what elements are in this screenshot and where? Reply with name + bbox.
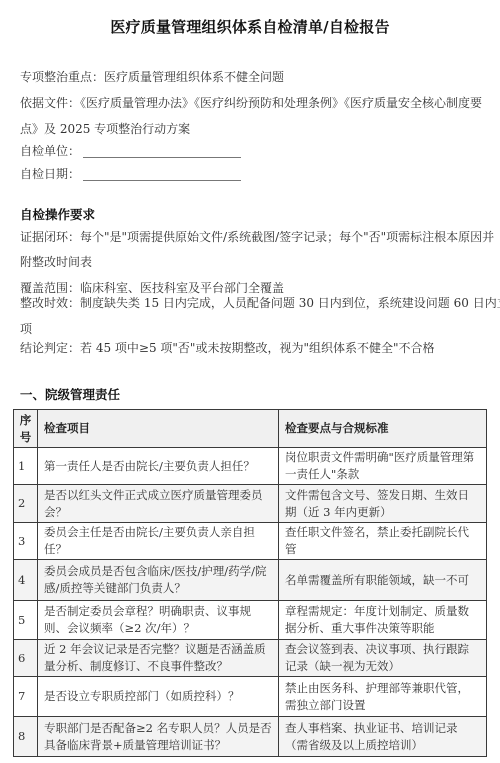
row-standard: 章程需规定：年度计划制定、质量数据分析、重大事件决策等职能 [279,601,487,640]
document-title: 医疗质量管理组织体系自检清单/自检报告 [0,16,500,37]
focus-value: 医疗质量管理组织体系不健全问题 [104,70,284,84]
row-standard: 查人事档案、执业证书、培训记录（需省级及以上质控培训） [279,717,487,757]
row-item: 专职部门是否配备≥2 名专职人员？人员是否具备临床背景+质量管理培训证书？ [38,717,279,757]
basis-line-1: 依据文件：《医疗质量管理办法》《医疗纠纷预防和处理条例》《医疗质量安全核心制度要 [20,96,482,110]
table-row: 6 近 2 年会议记录是否完整？议题是否涵盖质量分析、制度修订、不良事件整改？ … [14,640,487,677]
table-header-row: 序 号 检查项目 检查要点与合规标准 [14,410,487,448]
row-standard: 查任职文件签名，禁止委托副院长代管 [279,523,487,560]
date-line: 自检日期： [20,167,241,181]
row-seq: 5 [14,601,38,640]
table-row: 8 专职部门是否配备≥2 名专职人员？人员是否具备临床背景+质量管理培训证书？ … [14,717,487,757]
header-seq: 序 号 [14,410,38,448]
row-seq: 1 [14,448,38,485]
header-standard: 检查要点与合规标准 [279,410,487,448]
checklist-table: 序 号 检查项目 检查要点与合规标准 1 第一责任人是否由院长/主要负责人担任？… [13,409,487,757]
row-standard: 岗位职责文件需明确"医疗质量管理第一责任人"条款 [279,448,487,485]
unit-field[interactable] [83,146,241,158]
row-standard: 查会议签到表、决议事项、执行跟踪记录（缺一视为无效） [279,640,487,677]
row-item: 第一责任人是否由院长/主要负责人担任？ [38,448,279,485]
table-row: 3 委员会主任是否由院长/主要负责人亲自担任？ 查任职文件签名，禁止委托副院长代… [14,523,487,560]
row-item: 委员会成员是否包含临床/医技/护理/药学/院感/质控等关键部门负责人？ [38,560,279,601]
table-row: 4 委员会成员是否包含临床/医技/护理/药学/院感/质控等关键部门负责人？ 名单… [14,560,487,601]
row-standard: 名单需覆盖所有职能领域，缺一不可 [279,560,487,601]
date-field[interactable] [83,169,241,181]
row-seq: 4 [14,560,38,601]
row-item: 委员会主任是否由院长/主要负责人亲自担任？ [38,523,279,560]
focus-line: 专项整治重点：医疗质量管理组织体系不健全问题 [20,70,284,84]
evidence-line-1: 证据闭环：每个"是"项需提供原始文件/系统截图/签字记录；每个"否"项需标注根本… [20,230,494,244]
row-item: 是否设立专职质控部门（如质控科）？ [38,677,279,717]
basis-value: 《医疗质量管理办法》《医疗纠纷预防和处理条例》《医疗质量安全核心制度要 [80,96,482,110]
timeliness-line-2: 项 [20,322,32,336]
table-row: 7 是否设立专职质控部门（如质控科）？ 禁止由医务科、护理部等兼职代管，需独立部… [14,677,487,717]
table-row: 5 是否制定委员会章程？明确职责、议事规则、会议频率（≥2 次/年）？ 章程需规… [14,601,487,640]
basis-label: 依据文件： [20,96,80,110]
row-seq: 6 [14,640,38,677]
row-seq: 2 [14,485,38,523]
date-label: 自检日期： [20,167,80,181]
unit-line: 自检单位： [20,144,241,158]
table-row: 1 第一责任人是否由院长/主要负责人担任？ 岗位职责文件需明确"医疗质量管理第一… [14,448,487,485]
unit-label: 自检单位： [20,144,80,158]
table-row: 2 是否以红头文件正式成立医疗质量管理委员会？ 文件需包含文号、签发日期、生效日… [14,485,487,523]
row-standard: 文件需包含文号、签发日期、生效日期（近 3 年内更新） [279,485,487,523]
row-seq: 3 [14,523,38,560]
section1-heading: 一、院级管理责任 [20,385,120,403]
row-standard: 禁止由医务科、护理部等兼职代管，需独立部门设置 [279,677,487,717]
coverage-line: 覆盖范围：临床科室、医技科室及平台部门全覆盖 [20,281,284,295]
header-item: 检查项目 [38,410,279,448]
basis-line-2: 点》及 2025 专项整治行动方案 [20,122,190,136]
focus-label: 专项整治重点： [20,70,104,84]
row-seq: 7 [14,677,38,717]
timeliness-line-1: 整改时效：制度缺失类 15 日内完成，人员配备问题 30 日内到位，系统建设问题… [20,296,500,310]
row-item: 是否以红头文件正式成立医疗质量管理委员会？ [38,485,279,523]
conclusion-line: 结论判定：若 45 项中≥5 项"否"或未按期整改，视为"组织体系不健全"不合格 [20,341,434,355]
evidence-line-2: 附整改时间表 [20,255,92,269]
requirements-heading: 自检操作要求 [20,205,95,223]
row-item: 近 2 年会议记录是否完整？议题是否涵盖质量分析、制度修订、不良事件整改？ [38,640,279,677]
row-seq: 8 [14,717,38,757]
row-item: 是否制定委员会章程？明确职责、议事规则、会议频率（≥2 次/年）？ [38,601,279,640]
